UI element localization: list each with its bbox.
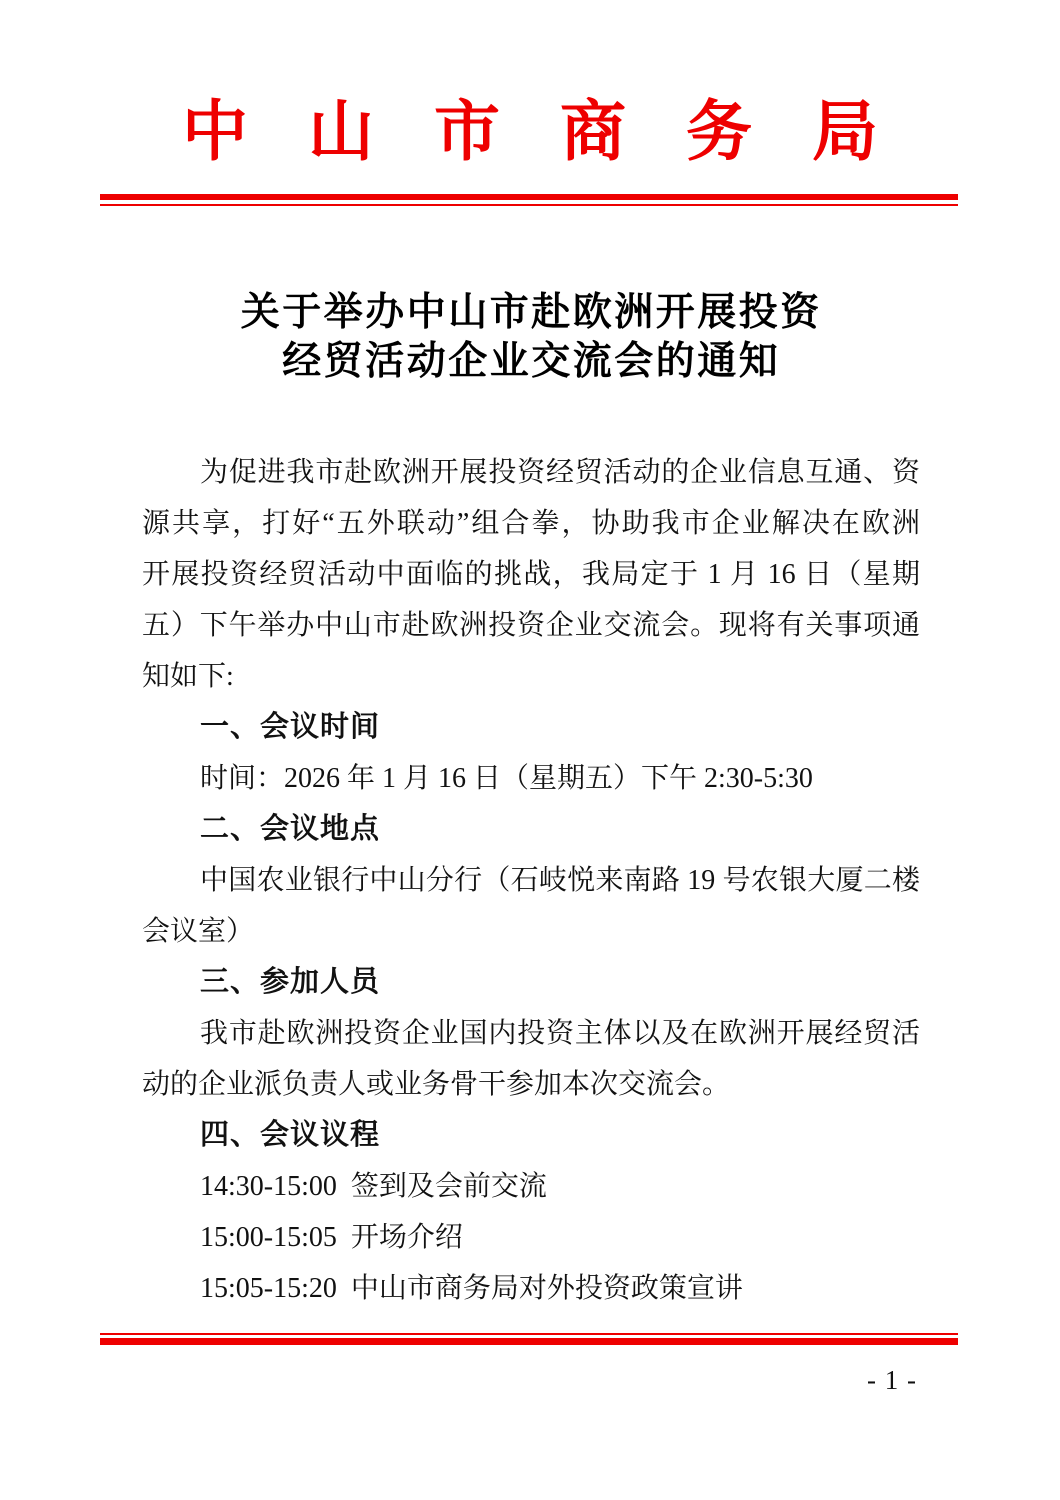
intro-line: 知如下:: [142, 651, 920, 702]
footer-rule-thin: [100, 1333, 958, 1335]
meeting-time-line: 时间：2026 年 1 月 16 日（星期五）下午 2:30-5:30: [142, 753, 920, 804]
meeting-location-line: 中国农业银行中山分行（石岐悦来南路 19 号农银大厦二楼: [142, 855, 920, 906]
document-title-line-1: 关于举办中山市赴欧洲开展投资: [3, 288, 1060, 337]
participants-line: 我市赴欧洲投资企业国内投资主体以及在欧洲开展经贸活: [142, 1008, 920, 1059]
agenda-item: 15:00-15:05 开场介绍: [142, 1212, 920, 1263]
agenda-item: 14:30-15:00 签到及会前交流: [142, 1161, 920, 1212]
section-heading-meeting-location: 二、会议地点: [142, 804, 920, 855]
letterhead-rule-thin: [100, 204, 958, 206]
document-title-line-2: 经贸活动企业交流会的通知: [3, 337, 1060, 386]
letterhead-rule-thick: [100, 194, 958, 200]
document-body: 为促进我市赴欧洲开展投资经贸活动的企业信息互通、资 源共享，打好“五外联动”组合…: [142, 447, 920, 1314]
letterhead-org-name: 中山市商务局: [0, 94, 1060, 172]
participants-line: 动的企业派负责人或业务骨干参加本次交流会。: [142, 1059, 920, 1110]
section-heading-participants: 三、参加人员: [142, 957, 920, 1008]
intro-line: 开展投资经贸活动中面临的挑战，我局定于 1 月 16 日（星期: [142, 549, 920, 600]
intro-line: 源共享，打好“五外联动”组合拳，协助我市企业解决在欧洲: [142, 498, 920, 549]
intro-line: 为促进我市赴欧洲开展投资经贸活动的企业信息互通、资: [142, 447, 920, 498]
section-heading-meeting-time: 一、会议时间: [142, 702, 920, 753]
agenda-item: 15:05-15:20 中山市商务局对外投资政策宣讲: [142, 1263, 920, 1314]
section-heading-agenda: 四、会议议程: [142, 1110, 920, 1161]
meeting-location-line: 会议室）: [142, 906, 920, 957]
footer-rule-thick: [100, 1338, 958, 1345]
document-page: 中山市商务局 关于举办中山市赴欧洲开展投资 经贸活动企业交流会的通知 为促进我市…: [0, 0, 1060, 1500]
document-title: 关于举办中山市赴欧洲开展投资 经贸活动企业交流会的通知: [0, 288, 1060, 386]
page-number: - 1 -: [867, 1365, 917, 1395]
intro-line: 五）下午举办中山市赴欧洲投资企业交流会。现将有关事项通: [142, 600, 920, 651]
